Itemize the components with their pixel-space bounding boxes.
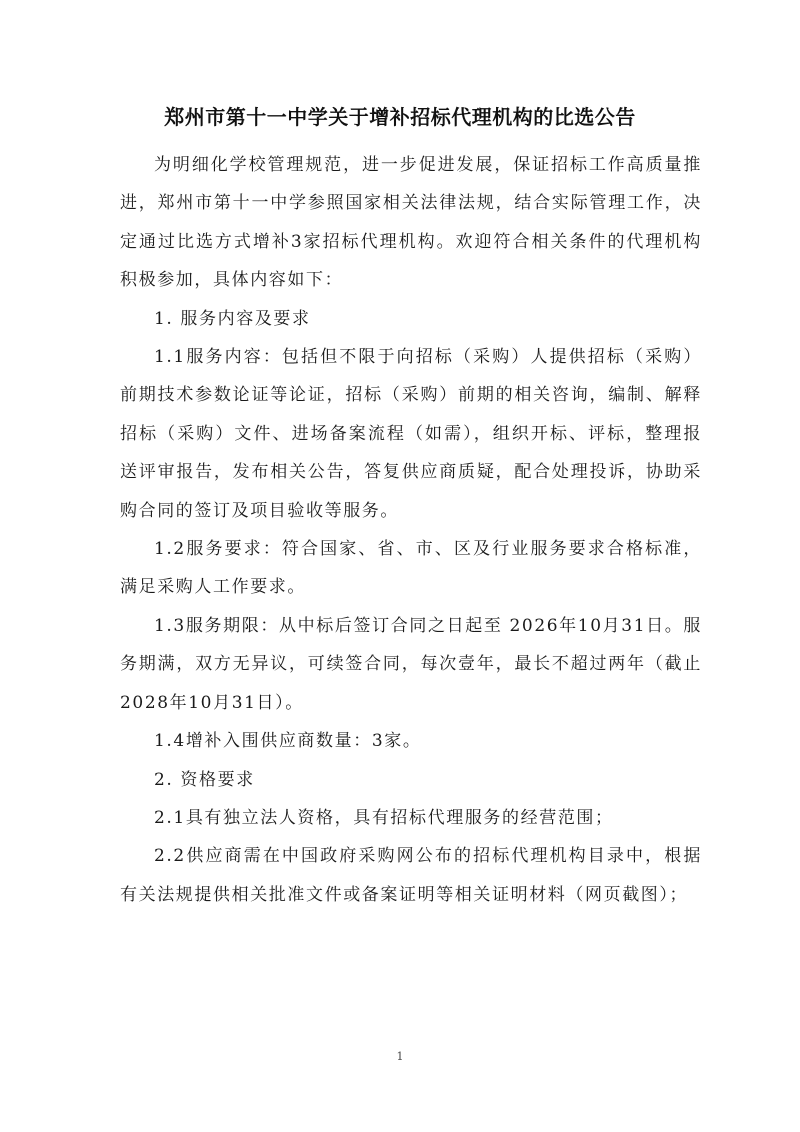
clause-1-1-service-content: 1.1服务内容：包括但不限于向招标（采购）人提供招标（采购）前期技术参数论证等论… xyxy=(120,338,702,530)
clause-1-3-service-period: 1.3服务期限：从中标后签订合同之日起至 2026年10月31日。服务期满，双方… xyxy=(120,607,702,722)
page-number: 1 xyxy=(0,1050,800,1063)
clause-1-2-service-requirements: 1.2服务要求：符合国家、省、市、区及行业服务要求合格标准，满足采购人工作要求。 xyxy=(120,530,702,607)
clause-2-1-legal-entity: 2.1具有独立法人资格，具有招标代理服务的经营范围； xyxy=(120,799,702,837)
document-body: 为明细化学校管理规范，进一步促进发展，保证招标工作高质量推进，郑州市第十一中学参… xyxy=(120,146,702,914)
section-heading-service: 1. 服务内容及要求 xyxy=(120,300,702,338)
document-page: 郑州市第十一中学关于增补招标代理机构的比选公告 为明细化学校管理规范，进一步促进… xyxy=(0,0,800,1132)
clause-2-2-directory-listing: 2.2供应商需在中国政府采购网公布的招标代理机构目录中，根据有关法规提供相关批准… xyxy=(120,837,702,914)
document-title: 郑州市第十一中学关于增补招标代理机构的比选公告 xyxy=(0,101,800,130)
section-heading-qualification: 2. 资格要求 xyxy=(120,761,702,799)
intro-paragraph: 为明细化学校管理规范，进一步促进发展，保证招标工作高质量推进，郑州市第十一中学参… xyxy=(120,146,702,300)
clause-1-4-supplier-count: 1.4增补入围供应商数量：3家。 xyxy=(120,722,702,760)
